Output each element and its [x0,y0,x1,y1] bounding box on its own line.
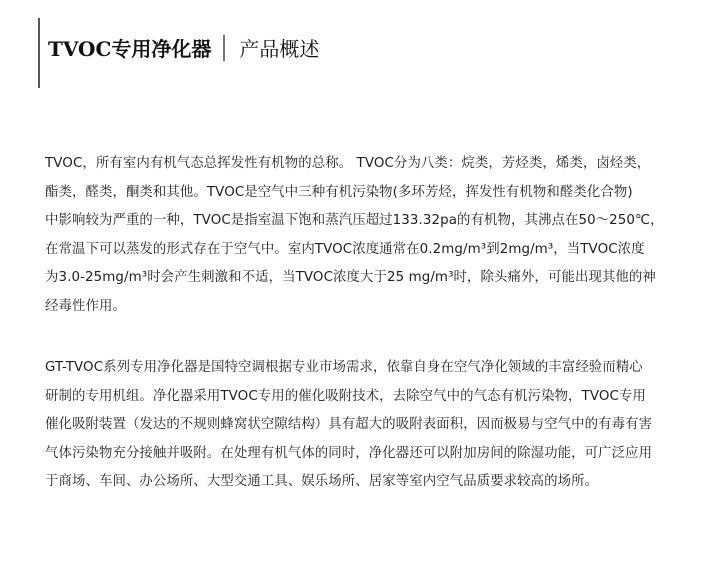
text-line: 为3.0-25mg/m³时会产生刺激和不适，当TVOC浓度大于25 mg/m³时… [45,264,685,293]
text-line: 气体污染物充分接触并吸附。在处理有机气体的同时，净化器还可以附加房间的除湿功能，… [45,440,685,469]
page-title: TVOC专用净化器 产品概述 [48,33,319,62]
text-line: 研制的专用机组。净化器采用TVOC专用的催化吸附技术，去除空气中的气态有机污染物… [45,383,685,412]
text-line: 在常温下可以蒸发的形式存在于空气中。室内TVOC浓度通常在0.2mg/m³到2m… [45,236,685,265]
text-line: TVOC，所有室内有机气态总挥发性有机物的总称。 TVOC分为八类：烷类，芳烃类… [45,150,685,179]
left-accent-line [38,18,40,88]
text-line: 经毒性作用。 [45,293,685,322]
section-title: 产品概述 [239,33,319,62]
text-line: 中影响较为严重的一种，TVOC是指室温下饱和蒸汽压超过133.32pa的有机物，… [45,207,685,236]
product-title: TVOC专用净化器 [48,33,211,62]
paragraph-product-description: GT-TVOC系列专用净化器是国特空调根据专业市场需求，依靠自身在空气净化领域的… [45,354,685,497]
text-line: 于商场、车间、办公场所、大型交通工具、娱乐场所、居家等室内空气品质要求较高的场所… [45,468,685,497]
paragraph-tvoc-definition: TVOC，所有室内有机气态总挥发性有机物的总称。 TVOC分为八类：烷类，芳烃类… [45,150,685,321]
text-line: 酯类，醛类，酮类和其他。TVOC是空气中三种有机污染物(多环芳烃，挥发性有机物和… [45,179,685,208]
title-divider [223,35,225,61]
text-line: GT-TVOC系列专用净化器是国特空调根据专业市场需求，依靠自身在空气净化领域的… [45,354,685,383]
text-line: 催化吸附装置（发达的不规则蜂窝状空隙结构）具有超大的吸附表面积，因而极易与空气中… [45,411,685,440]
